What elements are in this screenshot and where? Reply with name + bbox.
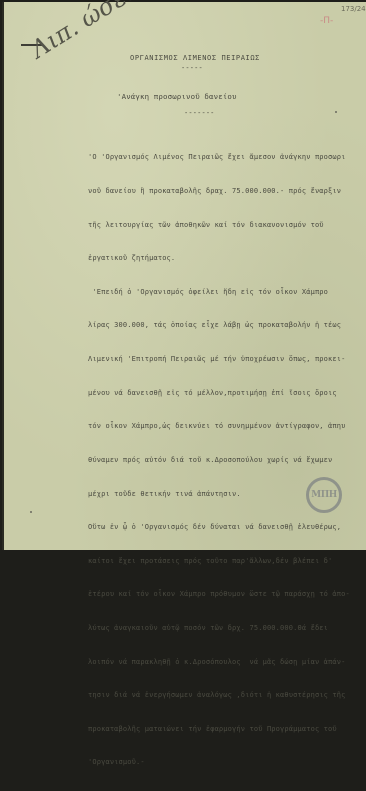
speck xyxy=(30,511,32,513)
heading-rule: ----- xyxy=(181,63,203,74)
body-line: Οὕτω ἐν ᾧ ὁ 'Οργανισμός δέν δύναται νά δ… xyxy=(88,522,350,533)
speck xyxy=(335,111,337,113)
body-line: τῆς λειτουργίας τῶν ἀποθηκῶν καί τόν δια… xyxy=(88,220,350,231)
red-pencil-mark: -Π- xyxy=(320,16,333,26)
body-line: τόν οἶκον Χάμπρο,ὡς δεικνύει τό συνημμέν… xyxy=(88,421,350,432)
body-line: λίρας 300.000, τάς ὁποίας εἶχε λάβῃ ὡς π… xyxy=(88,320,350,331)
body-line: Λιμενική 'Επιτροπή Πειραιῶς μέ τήν ὑποχρ… xyxy=(88,354,350,365)
folio-number: 173/24 xyxy=(341,5,366,13)
stamp-text: ΜΠΗ xyxy=(311,490,336,500)
body-line: θύναμεν πρός αὐτόν διά τοῦ κ.Δροσοπούλου… xyxy=(88,455,350,466)
subject-rule: ------- xyxy=(184,108,215,119)
body-line: ἐργατικοῦ ζητήματος. xyxy=(88,253,350,264)
body-line: 'Ο 'Οργανισμός Λιμένος Πειραιῶς ἔχει ἄμε… xyxy=(88,152,350,163)
archive-stamp-icon: ΜΠΗ xyxy=(306,477,342,513)
body-line: μένου νά δανεισθῇ εἰς τό μέλλον,προτιμήσ… xyxy=(88,388,350,399)
document-page: Λιπ. ώσεως -Π- 173/24 ΟΡΓΑΝΙΣΜΟΣ ΛΙΜΕΝΟΣ… xyxy=(2,2,366,550)
document-subject: 'Ανάγκη προσωρινοῦ δανείου xyxy=(117,91,237,102)
body-line: νοῦ δανείου ἢ προκαταβολῆς δραχ. 75.000.… xyxy=(88,186,350,197)
body-line: 'Επειδή ὁ 'Οργανισμός ὀφείλει ἤδη εἰς τό… xyxy=(88,287,350,298)
